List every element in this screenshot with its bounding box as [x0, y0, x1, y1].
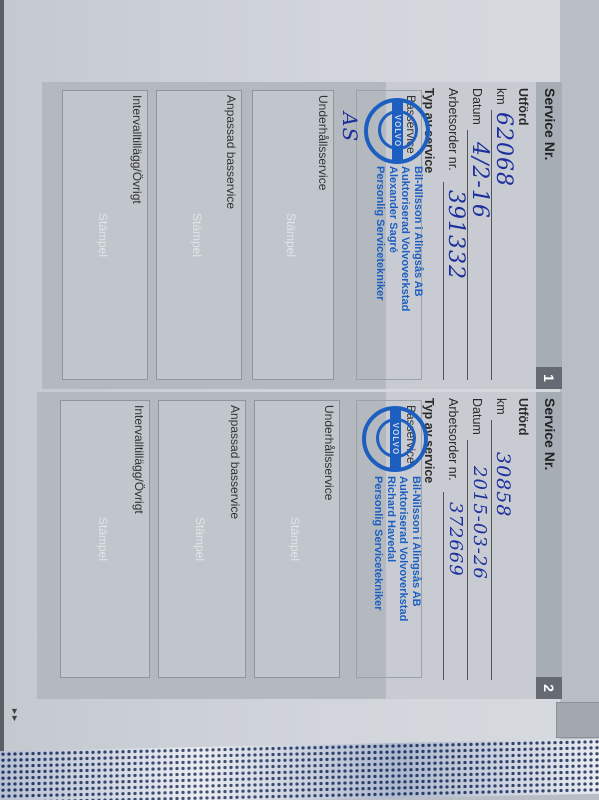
date-label: Datum [470, 398, 484, 435]
date-value: 4/2-16 [467, 142, 492, 219]
card-header: Service Nr. 1 [536, 82, 562, 389]
performed-label: Utförd [516, 398, 530, 436]
work-order-label: Arbetsorder nr. [446, 398, 460, 481]
stamp-placeholder: Stämpel [96, 91, 110, 379]
service-title: Service Nr. [542, 398, 558, 470]
card-header: Service Nr. 2 [536, 392, 562, 699]
stamp-placeholder: Stämpel [190, 91, 204, 379]
km-label: km [494, 88, 508, 105]
box-label: Anpassad basservice [228, 405, 242, 519]
signature: AS [338, 112, 362, 142]
technician-name: Alexander Sagré [387, 166, 400, 311]
date-value: 2015-03-26 [469, 466, 490, 580]
box-label: Underhållsservice [322, 405, 336, 500]
service-title: Service Nr. [542, 88, 558, 160]
volvo-logo-stamp: VOLVO [362, 406, 428, 472]
stamp-placeholder: Stämpel [288, 401, 302, 677]
service-box-intervalltillagg: Intervalltillägg/Övrigt Stämpel [62, 90, 148, 380]
dealer-name: Bil-Nilsson i Alingsås AB [410, 476, 423, 621]
volvo-logo-text: VOLVO [392, 100, 403, 162]
technician-title: Personlig Servicetekniker [372, 476, 385, 621]
service-card-1: Service Nr. 1 Utförd km 62068 Datum 4/2-… [42, 82, 562, 389]
dealer-type: Auktoriserad Volvoverkstad [399, 166, 412, 311]
next-page-tab [556, 702, 599, 738]
km-value: 30858 [492, 452, 514, 517]
date-label: Datum [470, 88, 484, 125]
box-label: Intervalltillägg/Övrigt [132, 405, 146, 514]
service-box-anpassad-basservice: Anpassad basservice Stämpel [156, 90, 242, 380]
double-chevron-down-icon: ▼▼ [10, 708, 19, 722]
service-box-anpassad-basservice: Anpassad basservice Stämpel [158, 400, 246, 678]
binding-edge [0, 0, 4, 755]
km-label: km [494, 398, 508, 415]
dealer-stamp: Bil-Nilsson i Alingsås AB Auktoriserad V… [374, 166, 424, 311]
dealer-stamp: Bil-Nilsson i Alingsås AB Auktoriserad V… [372, 476, 422, 621]
service-number-badge: 1 [536, 367, 562, 389]
technician-name: Richard Havedal [385, 476, 398, 621]
technician-title: Personlig Servicetekniker [374, 166, 387, 311]
work-order-value: 391332 [443, 190, 468, 280]
work-order-line [443, 492, 444, 680]
work-order-value: 372669 [445, 502, 466, 577]
stamp-placeholder: Stämpel [284, 91, 298, 379]
service-box-intervalltillagg: Intervalltillägg/Övrigt Stämpel [60, 400, 150, 678]
service-number-badge: 2 [536, 677, 562, 699]
stamp-placeholder: Stämpel [193, 401, 207, 677]
volvo-logo-text: VOLVO [390, 408, 401, 470]
service-box-underhallsservice: Underhållsservice Stämpel [254, 400, 340, 678]
dealer-name: Bil-Nilsson i Alingsås AB [412, 166, 425, 311]
performed-label: Utförd [516, 88, 530, 126]
box-label: Underhållsservice [316, 95, 330, 190]
box-label: Intervalltillägg/Övrigt [130, 95, 144, 204]
stamp-placeholder: Stämpel [96, 401, 110, 677]
work-order-label: Arbetsorder nr. [446, 88, 460, 171]
volvo-logo-stamp: VOLVO [364, 98, 430, 164]
service-card-2: Service Nr. 2 Utförd km 30858 Datum 2015… [37, 392, 562, 699]
date-line [467, 440, 468, 680]
dealer-type: Auktoriserad Volvoverkstad [397, 476, 410, 621]
service-box-underhallsservice: Underhållsservice Stämpel [252, 90, 334, 380]
km-value: 62068 [491, 112, 516, 187]
box-label: Anpassad basservice [224, 95, 238, 209]
